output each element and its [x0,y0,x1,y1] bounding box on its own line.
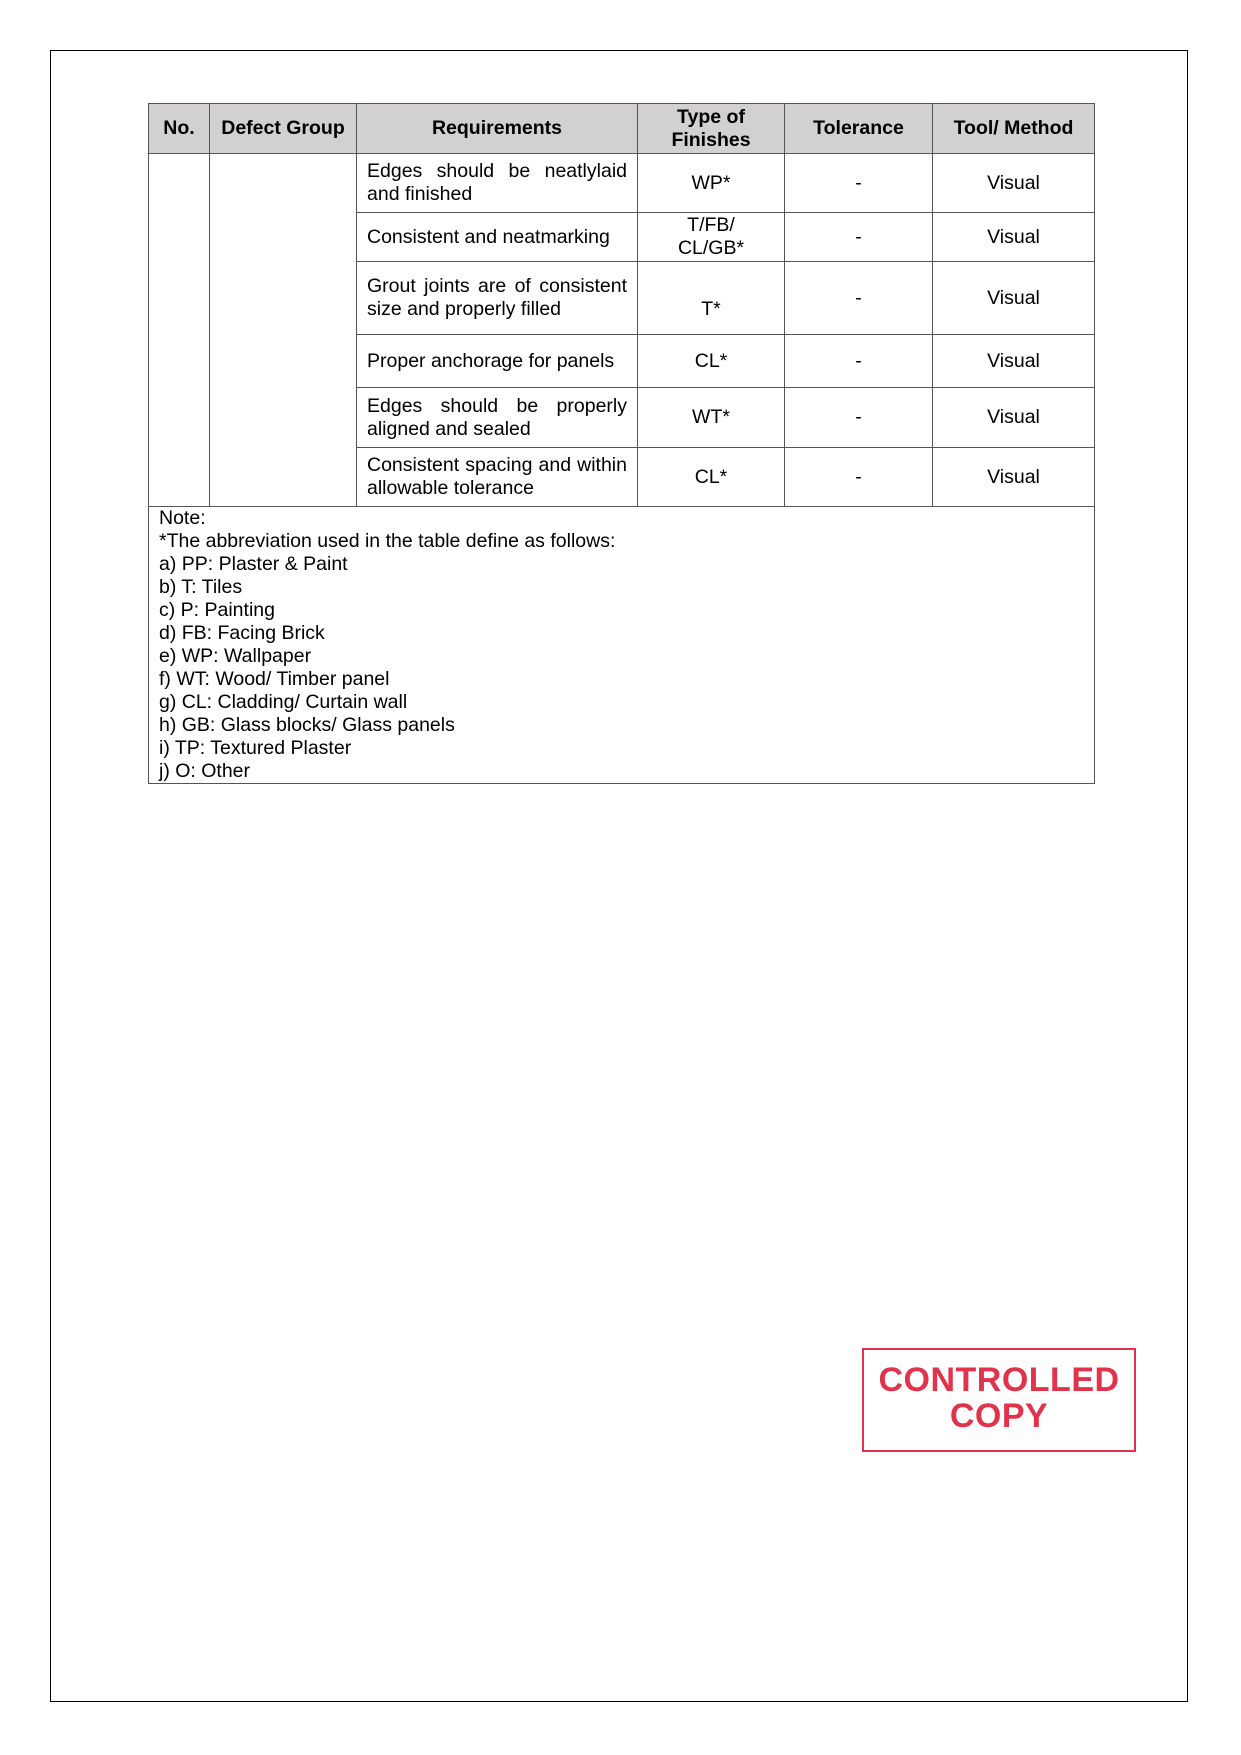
cell-requirement: Grout joints are of consistent size and … [357,262,638,335]
cell-tool-method: Visual [933,448,1095,507]
cell-requirement: Edges should be properly aligned and sea… [357,388,638,448]
cell-type-of-finishes: WT* [638,388,785,448]
cell-tool-method: Visual [933,213,1095,262]
cell-tolerance: - [785,388,933,448]
header-tool-method: Tool/ Method [933,104,1095,154]
cell-tolerance: - [785,213,933,262]
cell-tolerance: - [785,335,933,388]
note-item: j) O: Other [159,760,1084,783]
cell-requirement: Edges should be neatlylaid and finished [357,154,638,213]
note-item: h) GB: Glass blocks/ Glass panels [159,714,1084,737]
cell-tool-method: Visual [933,388,1095,448]
table-row: Edges should be neatlylaid and finished … [149,154,1095,213]
cell-defect-group [210,154,357,507]
note-item: c) P: Painting [159,599,1084,622]
cell-type-of-finishes: T/FB/CL/GB* [638,213,785,262]
note-item: i) TP: Textured Plaster [159,737,1084,760]
cell-type-of-finishes: CL* [638,448,785,507]
table-header-row: No. Defect Group Requirements Type of Fi… [149,104,1095,154]
cell-no [149,154,210,507]
note-item: d) FB: Facing Brick [159,622,1084,645]
note-intro: *The abbreviation used in the table defi… [159,530,1084,553]
note-item: b) T: Tiles [159,576,1084,599]
cell-requirement: Proper anchorage for panels [357,335,638,388]
stamp-line-1: CONTROLLED [864,1362,1134,1398]
controlled-copy-stamp: CONTROLLED COPY [862,1348,1136,1452]
cell-type-of-finishes: CL* [638,335,785,388]
abbreviation-note: Note: *The abbreviation used in the tabl… [149,507,1095,784]
cell-type-of-finishes: WP* [638,154,785,213]
note-row: Note: *The abbreviation used in the tabl… [149,507,1095,784]
stamp-line-2: COPY [864,1398,1134,1434]
cell-requirement: Consistent spacing and within allowable … [357,448,638,507]
type-line: T/FB/ [687,214,735,236]
header-no: No. [149,104,210,154]
cell-requirement: Consistent and neatmarking [357,213,638,262]
cell-tool-method: Visual [933,335,1095,388]
note-item: f) WT: Wood/ Timber panel [159,668,1084,691]
note-item: g) CL: Cladding/ Curtain wall [159,691,1084,714]
header-tolerance: Tolerance [785,104,933,154]
cell-tolerance: - [785,448,933,507]
header-requirements: Requirements [357,104,638,154]
defect-requirements-table: No. Defect Group Requirements Type of Fi… [148,103,1095,784]
note-item: a) PP: Plaster & Paint [159,553,1084,576]
type-line: CL/GB* [678,237,744,259]
note-title: Note: [159,507,1084,530]
cell-tool-method: Visual [933,154,1095,213]
cell-tolerance: - [785,154,933,213]
cell-tolerance: - [785,262,933,335]
cell-type-of-finishes: T* [638,262,785,335]
header-defect-group: Defect Group [210,104,357,154]
header-type-of-finishes: Type of Finishes [638,104,785,154]
cell-tool-method: Visual [933,262,1095,335]
note-item: e) WP: Wallpaper [159,645,1084,668]
